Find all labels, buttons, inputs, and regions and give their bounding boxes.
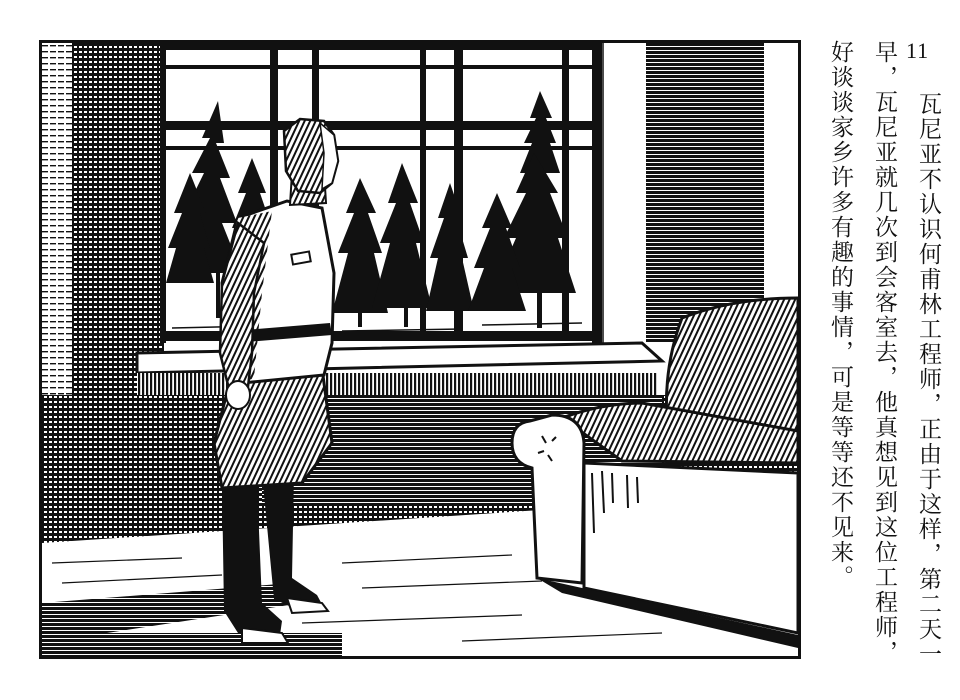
caption-column-2: 早，瓦尼亚就几次到会客室去，他真想见到这位工程师， (866, 40, 902, 660)
window-pillar (602, 43, 646, 343)
caption-column-1: 瓦尼亚不认识何甫林工程师，正由于这样，第二天一 (910, 92, 946, 660)
illustration-panel (39, 40, 801, 659)
window-sill (137, 343, 662, 395)
right-wall (646, 43, 764, 343)
caption-column-3: 好谈谈家乡许多有趣的事情，可是等等还不见来。 (822, 40, 858, 660)
illustration (42, 43, 798, 656)
right-wall-light (764, 43, 798, 303)
caption-text: 瓦尼亚不认识何甫林工程师，正由于这样，第二天一 早，瓦尼亚就几次到会客室去，他真… (822, 40, 946, 660)
